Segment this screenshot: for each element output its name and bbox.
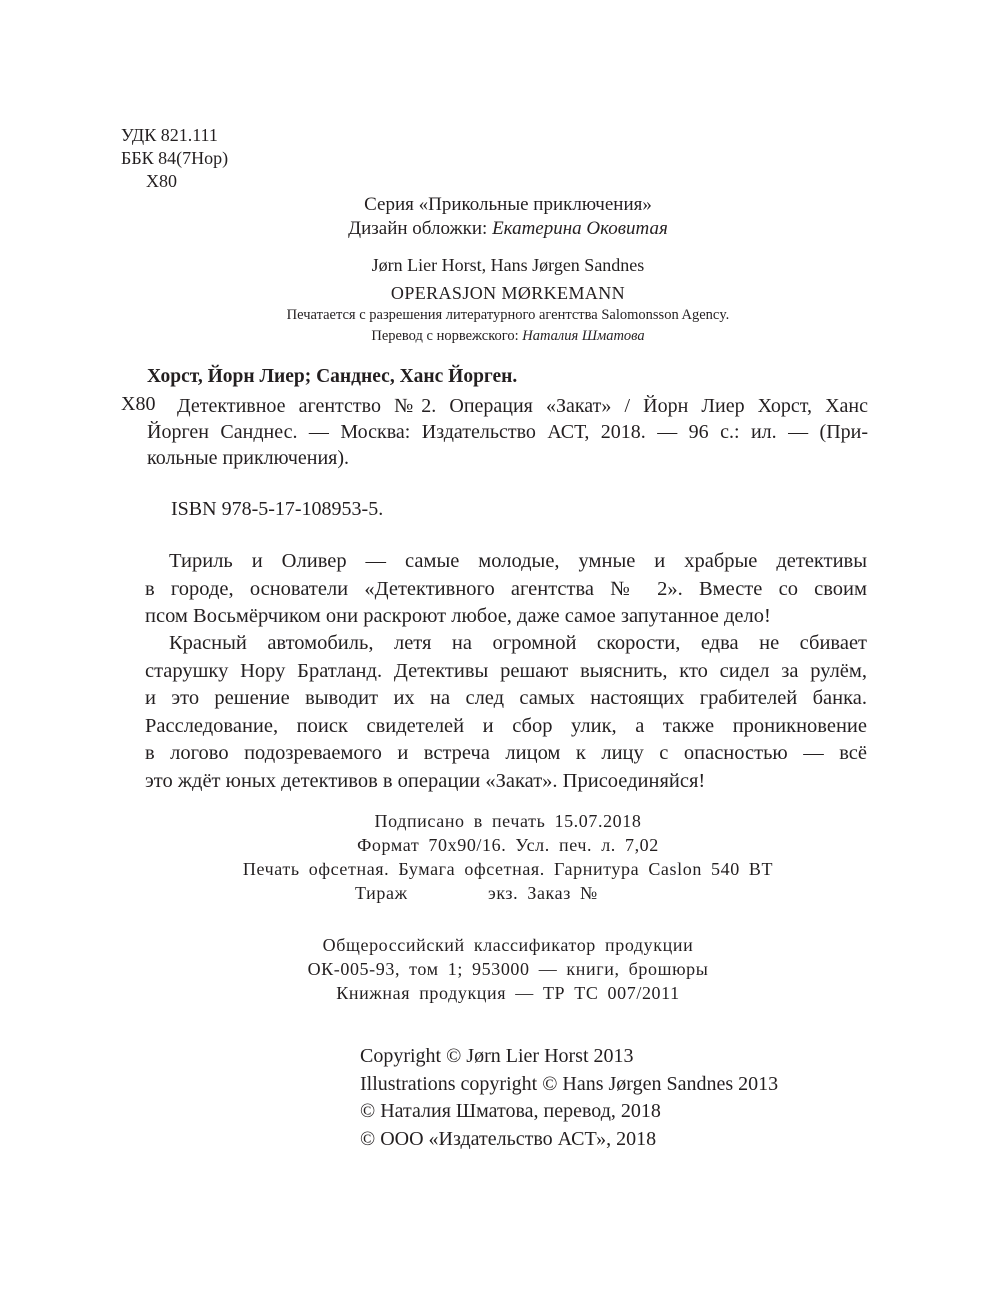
copyright-line: © ООО «Издательство АСТ», 2018 [360,1126,778,1154]
classifier-line-1: Общероссийский классификатор продукции [0,935,987,956]
bibliographic-description: Детективное агентство №2. Операция «Зака… [177,393,868,419]
translator-name: Наталия Шматова [522,328,644,344]
annotation-line: в городе, основатели «Детективного агент… [145,576,867,604]
author-sign: Х80 [146,170,177,193]
classifier-line-2: ОК-005-93, том 1; 953000 — книги, брошюр… [0,959,987,980]
bibliographic-line: кольные приключения). [147,445,868,471]
permission-note: Печатается с разрешения литературного аг… [0,307,987,324]
annotation-paragraph-2: Красный автомобиль, летя на огромной ско… [145,630,867,795]
bibliographic-line: Йорген Санднес. — Москва: Издательство А… [147,419,868,445]
signed-to-print: Подписано в печать 15.07.2018 [0,811,987,832]
order-label: экз. Заказ № [488,883,598,904]
cover-designer-name: Екатерина Оковитая [492,218,668,239]
annotation-paragraph-1: Тириль и Оливер — самые молодые, умные и… [145,548,867,631]
annotation-line: и это решение выводит их на след самых н… [145,685,867,713]
annotation-line: это ждёт юных детективов в операции «Зак… [145,768,867,796]
annotation-line: Расследование, поиск свидетелей и сбор у… [145,713,867,741]
copyright-line: Copyright © Jørn Lier Horst 2013 [360,1043,778,1071]
original-title: OPERASJON MØRKEMANN [0,283,987,304]
bibliographic-line: Детективное агентство №2. Операция «Зака… [177,393,868,419]
annotation-line: Тириль и Оливер — самые молодые, умные и… [145,548,867,576]
annotation-line: старушку Нору Братланд. Детективы решают… [145,658,867,686]
udk-code: УДК 821.111 [121,124,218,147]
copyright-block: Copyright © Jørn Lier Horst 2013 Illustr… [360,1043,778,1153]
translation-line: Перевод с норвежского: Наталия Шматова [0,328,987,345]
printing-line: Печать офсетная. Бумага офсетная. Гарнит… [0,859,987,880]
bibliographic-heading: Хорст, Йорн Лиер; Санднес, Ханс Йорген. [147,366,517,388]
annotation-line: в логово подозреваемого и встреча лицом … [145,740,867,768]
cover-design-label: Дизайн обложки: [348,218,492,239]
annotation-line: Красный автомобиль, летя на огромной ско… [145,630,867,658]
bibliographic-sign: Х80 [121,393,155,416]
copyright-line: Illustrations copyright © Hans Jørgen Sa… [360,1071,778,1099]
isbn: ISBN 978-5-17-108953-5. [171,498,383,521]
cover-design-line: Дизайн обложки: Екатерина Оковитая [0,218,987,240]
translation-label: Перевод с норвежского: [371,328,522,344]
classifier-line-3: Книжная продукция — ТР ТС 007/2011 [0,983,987,1004]
copyright-line: © Наталия Шматова, перевод, 2018 [360,1098,778,1126]
original-authors: Jørn Lier Horst, Hans Jørgen Sandnes [0,255,987,276]
bibliographic-description-cont: Йорген Санднес. — Москва: Издательство А… [147,419,868,471]
annotation-line: псом Восьмёрчиком они раскроют любое, да… [145,603,867,631]
series-line: Серия «Прикольные приключения» [0,194,987,216]
circulation-label: Тираж [355,883,408,904]
format-line: Формат 70x90/16. Усл. печ. л. 7,02 [0,835,987,856]
bbk-code: ББК 84(7Нор) [121,147,228,170]
